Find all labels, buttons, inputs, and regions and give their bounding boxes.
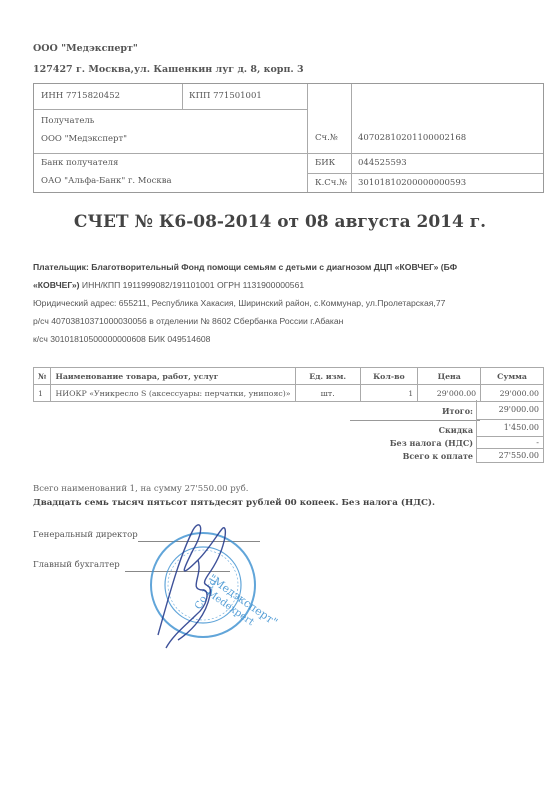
corr-account-value: 30101810200000000593 [358,178,466,188]
corr-account-label: К.Сч.№ [315,178,347,188]
row-sum: 29'000.00 [481,385,544,402]
discount-value: 1'450.00 [476,420,544,436]
items-table: № Наименование товара, работ, услуг Ед. … [33,367,544,402]
bik-value: 044525593 [358,158,407,168]
payer-inn-ogrn: ИНН/КПП 1911999082/191101001 ОГРН 113190… [80,280,305,290]
director-label: Генеральный директор [33,530,138,540]
payer-corr-account: к/сч 30101810500000000608 БИК 049514608 [33,334,210,344]
payer-legal-address: Юридический адрес: 655211, Республика Ха… [33,298,445,308]
inn: ИНН 7715820452 [41,91,120,101]
col-unit: Ед. изм. [295,368,360,385]
company-stamp: "Медэксперт" Medexpert Co.Ltd [148,520,278,650]
vat-label: Без налога (НДС) [330,438,473,448]
grand-total-label: Всего к оплате [330,451,473,461]
recipient-name: ООО "Медэксперт" [41,134,127,144]
col-number: № [34,368,51,385]
summary-count: Всего наименований 1, на сумму 27'550.00… [33,484,248,494]
bank-details-table: ИНН 7715820452 КПП 771501001 Получатель … [33,83,544,193]
table-row: 1 НИОКР «Уникресло S (аксессуары: перчат… [34,385,544,402]
row-qty: 1 [360,385,418,402]
total-value: 29'000.00 [476,400,544,420]
bank-label: Банк получателя [41,158,118,168]
total-label: Итого: [330,406,473,416]
row-price: 29'000.00 [418,385,481,402]
row-number: 1 [34,385,51,402]
supplier-name: ООО "Медэксперт" [33,43,138,54]
supplier-address: 127427 г. Москва,ул. Кашенкин луг д. 8, … [33,64,304,75]
kpp: КПП 771501001 [189,91,262,101]
discount-label: Скидка [330,425,473,435]
payer-account: р/сч 40703810371000030056 в отделении № … [33,316,343,326]
row-unit: шт. [295,385,360,402]
col-price: Цена [418,368,481,385]
payer-name: Плательщик: Благотворительный Фонд помощ… [33,262,457,272]
row-name: НИОКР «Уникресло S (аксессуары: перчатки… [51,385,295,402]
stamp-icon [151,533,255,637]
grand-total-value: 27'550.00 [476,448,544,463]
col-sum: Сумма [481,368,544,385]
account-value: 40702810201100002168 [358,133,466,143]
accountant-label: Главный бухгалтер [33,560,120,570]
payer-line-1: Плательщик: Благотворительный Фонд помощ… [33,262,457,272]
bik-label: БИК [315,158,335,168]
summary-amount-words: Двадцать семь тысяч пятьсот пятьдесят ру… [33,498,435,508]
invoice-title: СЧЕТ № К6-08-2014 от 08 августа 2014 г. [0,212,560,232]
payer-line-2: «КОВЧЕГ») ИНН/КПП 1911999082/191101001 О… [33,280,304,290]
col-qty: Кол-во [360,368,418,385]
col-name: Наименование товара, работ, услуг [51,368,295,385]
recipient-label: Получатель [41,116,94,126]
payer-name-short: «КОВЧЕГ») [33,280,80,290]
items-header-row: № Наименование товара, работ, услуг Ед. … [34,368,544,385]
account-label: Сч.№ [315,133,338,143]
bank-name: ОАО "Альфа-Банк" г. Москва [41,176,172,186]
